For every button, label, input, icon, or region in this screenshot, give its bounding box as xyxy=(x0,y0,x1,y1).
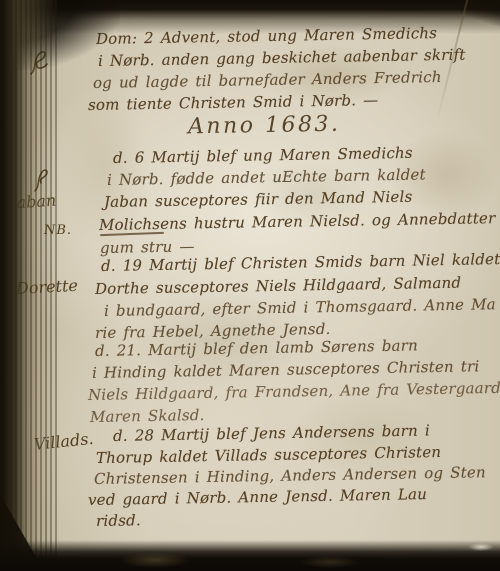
edge-highlight xyxy=(468,543,494,551)
manuscript-page-photo: Dom: 2 Advent, stod ung Maren Smedichs i… xyxy=(0,0,500,571)
page-edge-bottom xyxy=(0,540,500,571)
manuscript-line: Maren Skalsd. xyxy=(90,408,205,425)
year-heading: Anno 1683. xyxy=(188,112,341,140)
edge-texture xyxy=(300,556,360,568)
manuscript-line: gum stru — xyxy=(100,239,195,256)
book-spine-shadow xyxy=(0,0,58,571)
manuscript-line: ridsd. xyxy=(96,513,141,529)
edge-texture xyxy=(120,552,190,568)
